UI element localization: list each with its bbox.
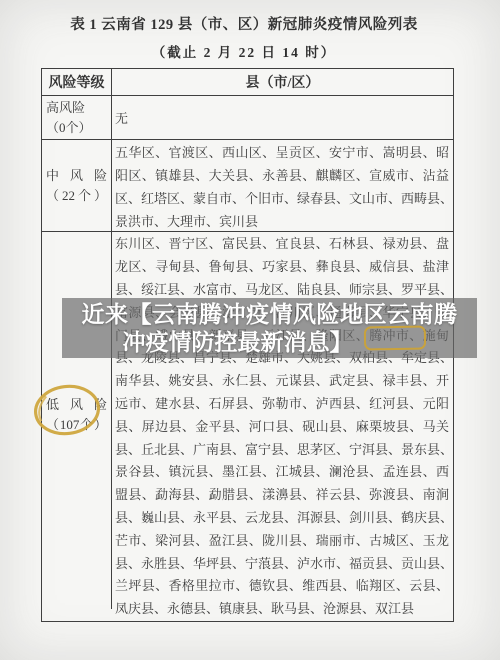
county-line: 东川区、晋宁区、富民县、宜良县、石林县、禄劝县、盘	[115, 233, 449, 256]
hand-drawn-box-annotation	[364, 326, 426, 351]
page-subtitle: （截止 2 月 22 日 14 时）	[0, 41, 494, 61]
county-line: 景谷县、镇沅县、墨江县、江城县、澜沧县、孟连县、西	[115, 461, 449, 484]
document-photo: 表 1 云南省 129 县（市、区）新冠肺炎疫情风险列表 （截止 2 月 22 …	[0, 0, 500, 660]
header-risk-level: 风险等级	[42, 69, 112, 95]
county-line: 龙区、寻甸县、鲁甸县、巧家县、彝良县、威信县、盐津	[115, 256, 449, 279]
county-line: 区、红塔区、蒙自市、个旧市、绿春县、文山市、西畴县、	[115, 187, 449, 210]
county-line: 凤庆县、永德县、镇康县、耿马县、沧源县、双江县	[115, 598, 449, 621]
risk-count-text: （0个）	[46, 119, 107, 136]
low-risk-counties: 东川区、晋宁区、富民县、宜良县、石林县、禄劝县、盘 龙区、寻甸县、鲁甸县、巧家县…	[112, 232, 453, 621]
county-line: 远市、建水县、石屏县、弥勒市、泸西县、红河县、元阳	[115, 393, 449, 416]
table-row-high-risk: 高风险 （0个） 无	[42, 96, 453, 141]
county-line: 无	[115, 108, 128, 127]
county-line: 五华区、官渡区、西山区、呈贡区、安宁市、嵩明县、昭	[115, 141, 449, 164]
high-risk-counties: 无	[112, 96, 453, 140]
county-line: 县、永胜县、华坪县、宁蒗县、泸水市、福贡县、贡山县、	[115, 553, 449, 576]
county-line: 兰坪县、香格里拉市、德钦县、维西县、临翔区、云县、	[115, 575, 449, 598]
high-risk-label: 高风险 （0个）	[42, 96, 112, 140]
header-county: 县（市/区）	[112, 69, 453, 95]
watermark-text-line1: 近来【云南腾冲疫情风险地区云南腾	[62, 300, 477, 328]
county-line: 县、丘北县、广南县、富宁县、思茅区、宁洱县、景东县、	[115, 439, 449, 462]
county-line: 南华县、姚安县、永仁县、元谋县、武定县、禄丰县、开	[115, 370, 449, 393]
county-line: 县、屏边县、金平县、河口县、砚山县、麻栗坡县、马关	[115, 416, 449, 439]
risk-level-text: 中风险	[46, 167, 107, 184]
page-title: 表 1 云南省 129 县（市、区）新冠肺炎疫情风险列表	[0, 13, 494, 34]
hand-drawn-circle-annotation	[28, 381, 114, 439]
medium-risk-label: 中风险 （22个）	[42, 140, 112, 231]
risk-count-text: （22个）	[46, 187, 107, 204]
county-line: 芒市、梁河县、盈江县、陇川县、瑞丽市、古城区、玉龙	[115, 530, 449, 553]
risk-level-text: 高风险	[46, 99, 107, 116]
county-line: 景洪市、大理市、宾川县	[115, 210, 449, 231]
medium-risk-counties: 五华区、官渡区、西山区、呈贡区、安宁市、嵩明县、昭 阳区、镇雄县、大关县、永善县…	[112, 140, 453, 231]
table-header-row: 风险等级 县（市/区）	[42, 69, 453, 96]
county-line: 县、巍山县、永平县、云龙县、洱源县、剑川县、鹤庆县、	[115, 507, 449, 530]
table-row-medium-risk: 中风险 （22个） 五华区、官渡区、西山区、呈贡区、安宁市、嵩明县、昭 阳区、镇…	[42, 140, 453, 232]
county-line: 阳区、镇雄县、大关县、永善县、麒麟区、宣威市、沾益	[115, 164, 449, 187]
county-line: 盟县、勐海县、勐腊县、漾濞县、祥云县、弥渡县、南涧	[115, 484, 449, 507]
